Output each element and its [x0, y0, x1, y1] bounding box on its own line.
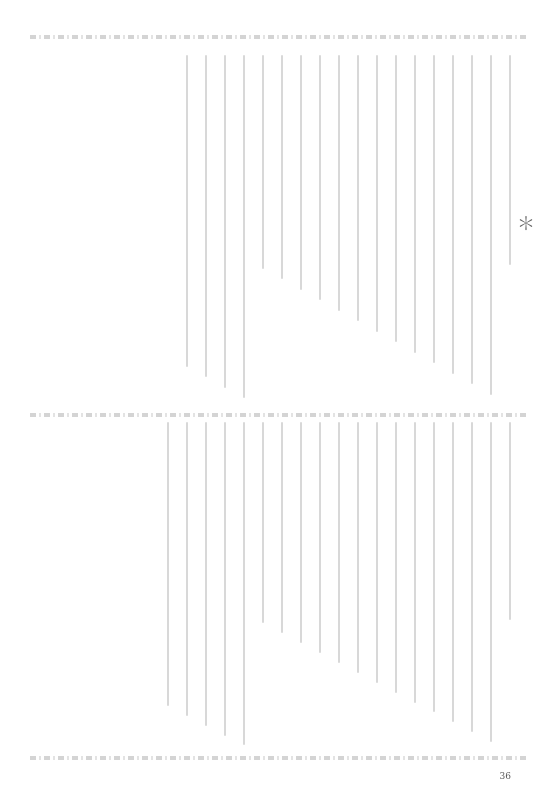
text-placeholder [319, 422, 321, 653]
text-column [443, 422, 462, 752]
text-placeholder [338, 55, 340, 311]
text-placeholder [262, 55, 264, 269]
text-placeholder [395, 422, 397, 693]
text-placeholder [490, 55, 492, 395]
text-column [196, 422, 215, 752]
text-column [462, 55, 481, 405]
text-block-lower [158, 422, 519, 752]
text-column [291, 55, 310, 405]
text-placeholder [452, 55, 454, 374]
text-placeholder [186, 422, 188, 716]
text-column [158, 422, 177, 752]
text-column [215, 55, 234, 405]
text-placeholder [243, 55, 245, 398]
text-placeholder [300, 422, 302, 643]
text-column [348, 55, 367, 405]
text-placeholder [338, 422, 340, 663]
text-content-note: [omitted — explicit prose not transcribe… [0, 0, 1, 1]
text-column [329, 55, 348, 405]
text-placeholder [262, 422, 264, 623]
decorative-rule-bottom [30, 756, 529, 760]
text-placeholder [243, 422, 245, 745]
text-column [253, 422, 272, 752]
text-placeholder [319, 55, 321, 300]
decorative-rule-top [30, 35, 529, 39]
text-column [405, 422, 424, 752]
text-placeholder [509, 422, 511, 620]
text-column [177, 422, 196, 752]
text-placeholder [471, 55, 473, 384]
text-placeholder [433, 55, 435, 363]
text-block-upper [177, 55, 519, 405]
text-placeholder [376, 422, 378, 683]
text-column [253, 55, 272, 405]
text-placeholder [224, 55, 226, 388]
text-placeholder [281, 422, 283, 633]
text-column [329, 422, 348, 752]
text-placeholder [509, 55, 511, 265]
text-column [310, 55, 329, 405]
text-placeholder [357, 55, 359, 321]
text-column [386, 422, 405, 752]
text-column [405, 55, 424, 405]
text-column [234, 422, 253, 752]
decorative-rule-middle [30, 413, 529, 417]
text-column [348, 422, 367, 752]
text-column [234, 55, 253, 405]
text-column [500, 55, 519, 405]
text-column [500, 422, 519, 752]
text-placeholder [300, 55, 302, 290]
text-column [481, 422, 500, 752]
text-column [424, 422, 443, 752]
text-column [272, 55, 291, 405]
text-placeholder [167, 422, 169, 706]
text-column [424, 55, 443, 405]
text-placeholder [281, 55, 283, 279]
text-column [386, 55, 405, 405]
text-column [291, 422, 310, 752]
text-placeholder [205, 55, 207, 377]
page-number: 36 [500, 772, 511, 782]
text-placeholder [414, 422, 416, 703]
text-placeholder [205, 422, 207, 726]
text-placeholder [186, 55, 188, 367]
text-column [367, 422, 386, 752]
text-placeholder [452, 422, 454, 722]
text-column [443, 55, 462, 405]
text-placeholder [490, 422, 492, 742]
text-column [215, 422, 234, 752]
text-placeholder [357, 422, 359, 673]
text-placeholder [376, 55, 378, 332]
text-placeholder [471, 422, 473, 732]
text-placeholder [433, 422, 435, 712]
text-placeholder [395, 55, 397, 342]
text-column [177, 55, 196, 405]
text-placeholder [224, 422, 226, 736]
text-column [367, 55, 386, 405]
text-column [272, 422, 291, 752]
text-column [462, 422, 481, 752]
text-placeholder [414, 55, 416, 353]
text-column [310, 422, 329, 752]
text-column [481, 55, 500, 405]
text-column [196, 55, 215, 405]
section-marker: ＊ [517, 210, 535, 236]
